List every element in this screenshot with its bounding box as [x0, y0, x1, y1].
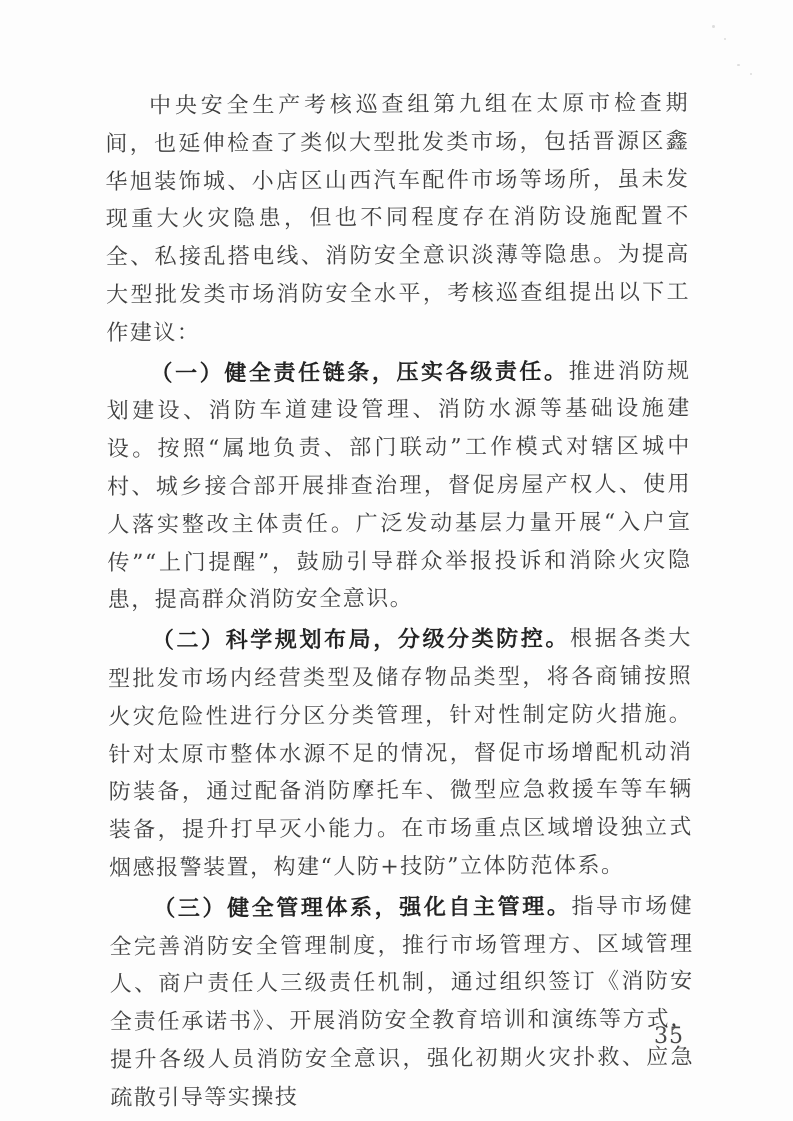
paragraph-heading: （二）科学规划布局，分级分类防控。	[152, 626, 570, 654]
paragraph-recommendation-3: （三）健全管理体系，强化自主管理。指导市场健全完善消防安全管理制度，推行市场管理…	[109, 888, 694, 1118]
paragraph-body: 根据各类大型批发市场内经营类型及储存物品类型，将各商铺按照火灾危险性进行分区分类…	[108, 626, 693, 881]
document-text-block: 中央安全生产考核巡查组第九组在太原市检查期间，也延伸检查了类似大型批发类市场，包…	[105, 85, 694, 1118]
scan-speck	[737, 64, 740, 66]
paragraph-heading: （一）健全责任链条，压实各级责任。	[150, 358, 568, 386]
page-number: 35	[654, 1024, 684, 1049]
scan-speck	[712, 25, 715, 28]
scanned-document-page: 中央安全生产考核巡查组第九组在太原市检查期间，也延伸检查了类似大型批发类市场，包…	[0, 0, 793, 1121]
paragraph-body: 推进消防规划建设、消防车道建设管理、消防水源等基础设施建设。按照“属地负责、部门…	[107, 359, 692, 614]
scan-speck	[724, 38, 726, 40]
paragraph-body: 指导市场健全完善消防安全管理制度，推行市场管理方、区域管理人、商户责任人三级责任…	[109, 894, 694, 1111]
scan-speck	[750, 73, 752, 75]
paragraph-intro: 中央安全生产考核巡查组第九组在太原市检查期间，也延伸检查了类似大型批发类市场，包…	[105, 85, 690, 353]
paragraph-heading: （三）健全管理体系，强化自主管理。	[153, 893, 571, 921]
paragraph-recommendation-2: （二）科学规划布局，分级分类防控。根据各类大型批发市场内经营类型及储存物品类型，…	[108, 620, 693, 888]
paragraph-recommendation-1: （一）健全责任链条，压实各级责任。推进消防规划建设、消防车道建设管理、消防水源等…	[106, 353, 691, 621]
paragraph-body: 中央安全生产考核巡查组第九组在太原市检查期间，也延伸检查了类似大型批发类市场，包…	[105, 91, 690, 346]
